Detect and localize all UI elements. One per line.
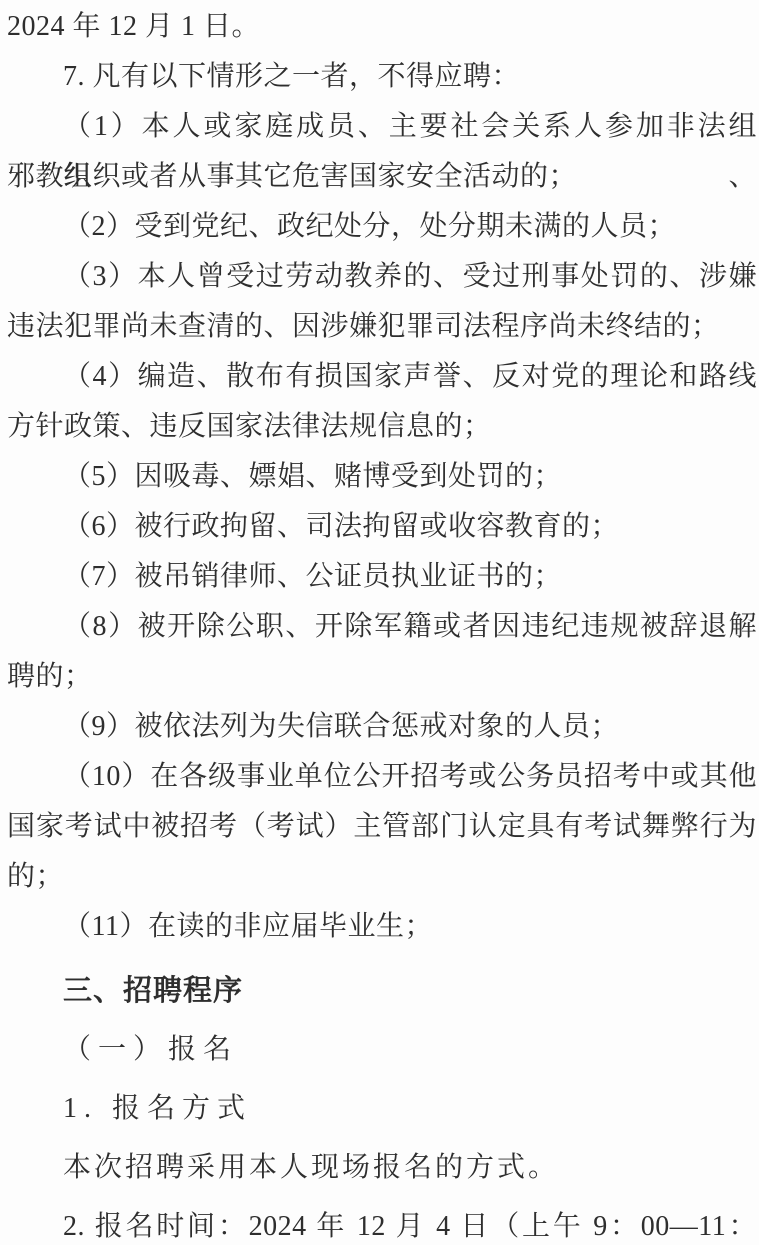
paragraph-line: 本次招聘采用本人现场报名的方式。 bbox=[7, 1143, 757, 1193]
paragraph-line: 违法犯罪尚未查清的、因涉嫌犯罪司法程序尚未终结的； bbox=[7, 302, 757, 352]
list-item-line: （9）被依法列为失信联合惩戒对象的人员； bbox=[7, 702, 757, 752]
list-item-line: （6）被行政拘留、司法拘留或收容教育的； bbox=[7, 502, 757, 552]
scanned-document: { "document": { "lines": [ { "text": "20… bbox=[0, 0, 759, 1245]
section-heading: 三、招聘程序 bbox=[7, 966, 757, 1016]
list-item-line: （11）在读的非应届毕业生； bbox=[7, 902, 757, 952]
paragraph-line: 7. 凡有以下情形之一者，不得应聘： bbox=[7, 52, 757, 102]
list-item-line: （5）因吸毒、嫖娼、赌博受到处罚的； bbox=[7, 452, 757, 502]
paragraph-line: 国家考试中被招考（考试）主管部门认定具有考试舞弊行为 bbox=[7, 802, 757, 852]
paragraph-line: 2024 年 12 月 1 日。 bbox=[7, 2, 757, 52]
subsection-heading: 1. 报名方式 bbox=[7, 1084, 757, 1134]
paragraph-line: 2. 报名时间：2024 年 12 月 4 日（上午 9：00—11：30、 bbox=[7, 1202, 757, 1245]
list-item-line: （7）被吊销律师、公证员执业证书的； bbox=[7, 552, 757, 602]
list-item-line: （8）被开除公职、开除军籍或者因违纪违规被辞退解 bbox=[7, 602, 757, 652]
paragraph-line: 的； bbox=[7, 852, 757, 902]
paragraph-line: 聘的； bbox=[7, 652, 757, 702]
list-item-line: （4）编造、散布有损国家声誉、反对党的理论和路线 bbox=[7, 352, 757, 402]
paragraph-line: 方针政策、违反国家法律法规信息的； bbox=[7, 402, 757, 452]
document-page: 2024 年 12 月 1 日。7. 凡有以下情形之一者，不得应聘：（1）本人或… bbox=[0, 0, 759, 1245]
subsection-heading: （一）报名 bbox=[7, 1025, 757, 1075]
list-item-line: （3）本人曾受过劳动教养的、受过刑事处罚的、涉嫌 bbox=[7, 252, 757, 302]
list-item-line: （2）受到党纪、政纪处分，处分期未满的人员； bbox=[7, 202, 757, 252]
list-item-line: （1）本人或家庭成员、主要社会关系人参加非法组织、 bbox=[7, 102, 757, 152]
list-item-line: （10）在各级事业单位公开招考或公务员招考中或其他 bbox=[7, 752, 757, 802]
